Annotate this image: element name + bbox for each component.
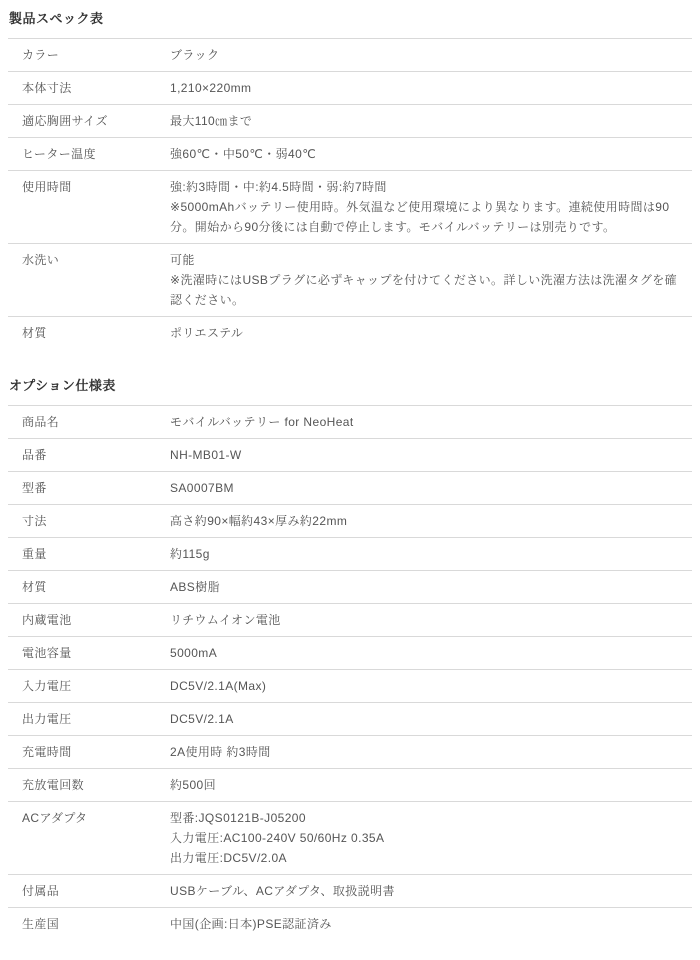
spec-label: ACアダプタ (8, 808, 170, 828)
spec-value-line: 2A使用時 約3時間 (170, 742, 688, 762)
spec-value: ブラック (170, 45, 692, 65)
spec-table: 商品名 モバイルバッテリー for NeoHeat 品番 NH-MB01-W 型… (8, 405, 692, 940)
spec-value: ポリエステル (170, 323, 692, 343)
spec-row: 品番 NH-MB01-W (8, 439, 692, 472)
spec-value-line: 強60℃・中50℃・弱40℃ (170, 144, 688, 164)
spec-label: 商品名 (8, 412, 170, 432)
spec-value-line: 高さ約90×幅約43×厚み約22mm (170, 511, 688, 531)
spec-value-line: 可能 (170, 250, 688, 270)
spec-value-line: モバイルバッテリー for NeoHeat (170, 412, 688, 432)
spec-value: 2A使用時 約3時間 (170, 742, 692, 762)
spec-value: 強60℃・中50℃・弱40℃ (170, 144, 692, 164)
spec-row: 出力電圧 DC5V/2.1A (8, 703, 692, 736)
spec-value: 高さ約90×幅約43×厚み約22mm (170, 511, 692, 531)
spec-label: 水洗い (8, 250, 170, 270)
spec-label: 入力電圧 (8, 676, 170, 696)
spec-label: 生産国 (8, 914, 170, 934)
product-spec-page: 製品スペック表 カラー ブラック 本体寸法 1,210×220mm 適応胸囲サイ… (0, 0, 700, 960)
spec-value: 約115g (170, 544, 692, 564)
spec-label: 寸法 (8, 511, 170, 531)
spec-row: 付属品 USBケーブル、ACアダプタ、取扱説明書 (8, 875, 692, 908)
spec-label: 出力電圧 (8, 709, 170, 729)
spec-value: リチウムイオン電池 (170, 610, 692, 630)
spec-value-line: 1,210×220mm (170, 78, 688, 98)
spec-value-line: 型番:JQS0121B-J05200 (170, 808, 688, 828)
spec-value-line: DC5V/2.1A (170, 709, 688, 729)
spec-value-line: 中国(企画:日本)PSE認証済み (170, 914, 688, 934)
spec-value-line: 約500回 (170, 775, 688, 795)
spec-label: カラー (8, 45, 170, 65)
spec-row: 重量 約115g (8, 538, 692, 571)
spec-label: 使用時間 (8, 177, 170, 197)
spec-value: 可能※洗濯時にはUSBプラグに必ずキャップを付けてください。詳しい洗濯方法は洗濯… (170, 250, 692, 310)
spec-label: 適応胸囲サイズ (8, 111, 170, 131)
spec-row: 材質 ポリエステル (8, 317, 692, 349)
spec-value-line: 5000mA (170, 643, 688, 663)
spec-label: 内蔵電池 (8, 610, 170, 630)
spec-row: カラー ブラック (8, 39, 692, 72)
spec-value-line: ABS樹脂 (170, 577, 688, 597)
spec-value-line: ポリエステル (170, 323, 688, 343)
spec-value: DC5V/2.1A (170, 709, 692, 729)
spec-row: 材質 ABS樹脂 (8, 571, 692, 604)
spec-label: 材質 (8, 323, 170, 343)
spec-section: オプション仕様表 商品名 モバイルバッテリー for NeoHeat 品番 NH… (8, 375, 692, 940)
spec-row: 内蔵電池 リチウムイオン電池 (8, 604, 692, 637)
spec-value-line: ※5000mAhバッテリー使用時。外気温など使用環境により異なります。連続使用時… (170, 197, 688, 237)
spec-row: 入力電圧 DC5V/2.1A(Max) (8, 670, 692, 703)
section-title: 製品スペック表 (9, 8, 692, 27)
section-title: オプション仕様表 (9, 375, 692, 394)
spec-value-line: NH-MB01-W (170, 445, 688, 465)
spec-value: 強:約3時間・中:約4.5時間・弱:約7時間※5000mAhバッテリー使用時。外… (170, 177, 692, 237)
spec-value-line: ※洗濯時にはUSBプラグに必ずキャップを付けてください。詳しい洗濯方法は洗濯タグ… (170, 270, 688, 310)
spec-value-line: ブラック (170, 45, 688, 65)
spec-value-line: DC5V/2.1A(Max) (170, 676, 688, 696)
spec-value: 約500回 (170, 775, 692, 795)
spec-row: 本体寸法 1,210×220mm (8, 72, 692, 105)
spec-value: 最大110㎝まで (170, 111, 692, 131)
spec-label: 材質 (8, 577, 170, 597)
spec-row: 適応胸囲サイズ 最大110㎝まで (8, 105, 692, 138)
spec-value: ABS樹脂 (170, 577, 692, 597)
spec-value: SA0007BM (170, 478, 692, 498)
spec-label: 重量 (8, 544, 170, 564)
spec-value: 型番:JQS0121B-J05200入力電圧:AC100-240V 50/60H… (170, 808, 692, 868)
spec-label: 品番 (8, 445, 170, 465)
spec-table: カラー ブラック 本体寸法 1,210×220mm 適応胸囲サイズ 最大110㎝… (8, 38, 692, 349)
spec-value: 5000mA (170, 643, 692, 663)
spec-label: 充放電回数 (8, 775, 170, 795)
spec-label: ヒーター温度 (8, 144, 170, 164)
spec-value-line: 入力電圧:AC100-240V 50/60Hz 0.35A (170, 828, 688, 848)
spec-value: DC5V/2.1A(Max) (170, 676, 692, 696)
spec-value-line: SA0007BM (170, 478, 688, 498)
spec-label: 本体寸法 (8, 78, 170, 98)
spec-label: 充電時間 (8, 742, 170, 762)
spec-row: 使用時間 強:約3時間・中:約4.5時間・弱:約7時間※5000mAhバッテリー… (8, 171, 692, 244)
spec-value-line: 出力電圧:DC5V/2.0A (170, 848, 688, 868)
spec-label: 電池容量 (8, 643, 170, 663)
spec-value: USBケーブル、ACアダプタ、取扱説明書 (170, 881, 692, 901)
spec-label: 付属品 (8, 881, 170, 901)
spec-row: 充放電回数 約500回 (8, 769, 692, 802)
spec-row: 水洗い 可能※洗濯時にはUSBプラグに必ずキャップを付けてください。詳しい洗濯方… (8, 244, 692, 317)
spec-value-line: 最大110㎝まで (170, 111, 688, 131)
spec-value: 中国(企画:日本)PSE認証済み (170, 914, 692, 934)
spec-label: 型番 (8, 478, 170, 498)
spec-value: NH-MB01-W (170, 445, 692, 465)
spec-value-line: 約115g (170, 544, 688, 564)
spec-value-line: USBケーブル、ACアダプタ、取扱説明書 (170, 881, 688, 901)
spec-section: 製品スペック表 カラー ブラック 本体寸法 1,210×220mm 適応胸囲サイ… (8, 8, 692, 349)
spec-row: ヒーター温度 強60℃・中50℃・弱40℃ (8, 138, 692, 171)
spec-row: 型番 SA0007BM (8, 472, 692, 505)
spec-value: モバイルバッテリー for NeoHeat (170, 412, 692, 432)
spec-value: 1,210×220mm (170, 78, 692, 98)
spec-value-line: リチウムイオン電池 (170, 610, 688, 630)
spec-row: 寸法 高さ約90×幅約43×厚み約22mm (8, 505, 692, 538)
spec-value-line: 強:約3時間・中:約4.5時間・弱:約7時間 (170, 177, 688, 197)
spec-row: 充電時間 2A使用時 約3時間 (8, 736, 692, 769)
spec-row: 電池容量 5000mA (8, 637, 692, 670)
spec-row: 商品名 モバイルバッテリー for NeoHeat (8, 406, 692, 439)
spec-row: 生産国 中国(企画:日本)PSE認証済み (8, 908, 692, 940)
spec-row: ACアダプタ 型番:JQS0121B-J05200入力電圧:AC100-240V… (8, 802, 692, 875)
